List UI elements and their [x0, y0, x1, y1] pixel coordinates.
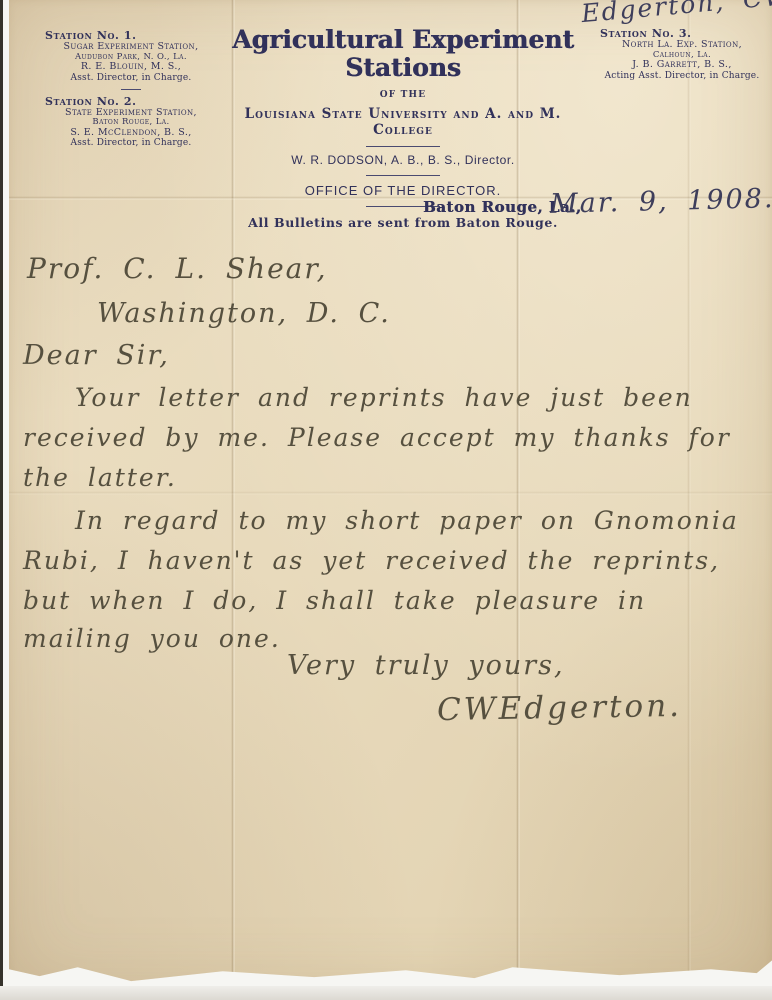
letterhead-left-column: Station No. 1. Sugar Experiment Station,… [45, 30, 217, 149]
letterhead-rule [366, 146, 440, 147]
letterhead-title: Agricultural Experiment Stations [225, 26, 581, 82]
station1-line: Asst. Director, in Charge. [45, 73, 217, 84]
letterhead-right-column: Station No. 3. North La. Exp. Station, C… [590, 28, 772, 82]
recipient-address: Washington, D. C. [97, 298, 391, 329]
recipient-name: Prof. C. L. Shear, [27, 252, 328, 285]
body-line: Rubi, I haven't as yet received the repr… [23, 546, 720, 575]
body-line: Your letter and reprints have just been [75, 383, 693, 412]
station2-heading: Station No. 2. [45, 96, 217, 108]
filing-annotation: Edgerton, CW [580, 0, 772, 28]
station3-line: Acting Asst. Director, in Charge. [590, 71, 772, 82]
salutation: Dear Sir, [23, 340, 170, 371]
letterhead-university: Louisiana State University and A. and M.… [225, 106, 581, 138]
body-line: mailing you one. [23, 624, 281, 653]
letterhead-bulletins-note: All Bulletins are sent from Baton Rouge. [225, 215, 581, 230]
letter-paper: Edgerton, CW Station No. 1. Sugar Experi… [9, 0, 772, 988]
body-line: but when I do, I shall take pleasure in [23, 586, 646, 615]
vertical-fold-crease [687, 0, 691, 988]
station1-line: R. E. Blouin, M. S., [45, 62, 217, 73]
station1-line: Sugar Experiment Station, [45, 42, 217, 53]
body-line: received by me. Please accept my thanks … [23, 423, 731, 452]
letterhead-station-1: Station No. 1. Sugar Experiment Station,… [45, 30, 217, 84]
station2-line: Asst. Director, in Charge. [45, 138, 217, 149]
letterhead-station-2: Station No. 2. State Experiment Station,… [45, 96, 217, 150]
station2-line: S. E. McClendon, B. S., [45, 128, 217, 139]
scanner-bottom-edge [0, 986, 772, 1000]
station-divider-rule [121, 89, 141, 90]
letterhead-of-the: OF THE [225, 90, 581, 100]
station3-line: J. B. Garrett, B. S., [590, 60, 772, 71]
scanned-letter-page: Edgerton, CW Station No. 1. Sugar Experi… [0, 0, 772, 1000]
letterhead-station-3: Station No. 3. North La. Exp. Station, C… [590, 28, 772, 82]
scanner-edge-shadow [0, 0, 3, 1000]
letterhead-director-name: W. R. DODSON, A. B., B. S., Director. [225, 153, 581, 167]
body-line: the latter. [23, 463, 177, 492]
body-line: In regard to my short paper on Gnomonia [75, 506, 739, 535]
closing: Very truly yours, [287, 650, 565, 681]
dateline-date-handwritten: Mar. 9, 1908. [550, 183, 772, 220]
station3-line: North La. Exp. Station, [590, 40, 772, 51]
letterhead-office: OFFICE OF THE DIRECTOR. [225, 183, 581, 198]
signature: CWEdgerton. [437, 688, 683, 728]
letterhead-rule [366, 175, 440, 176]
